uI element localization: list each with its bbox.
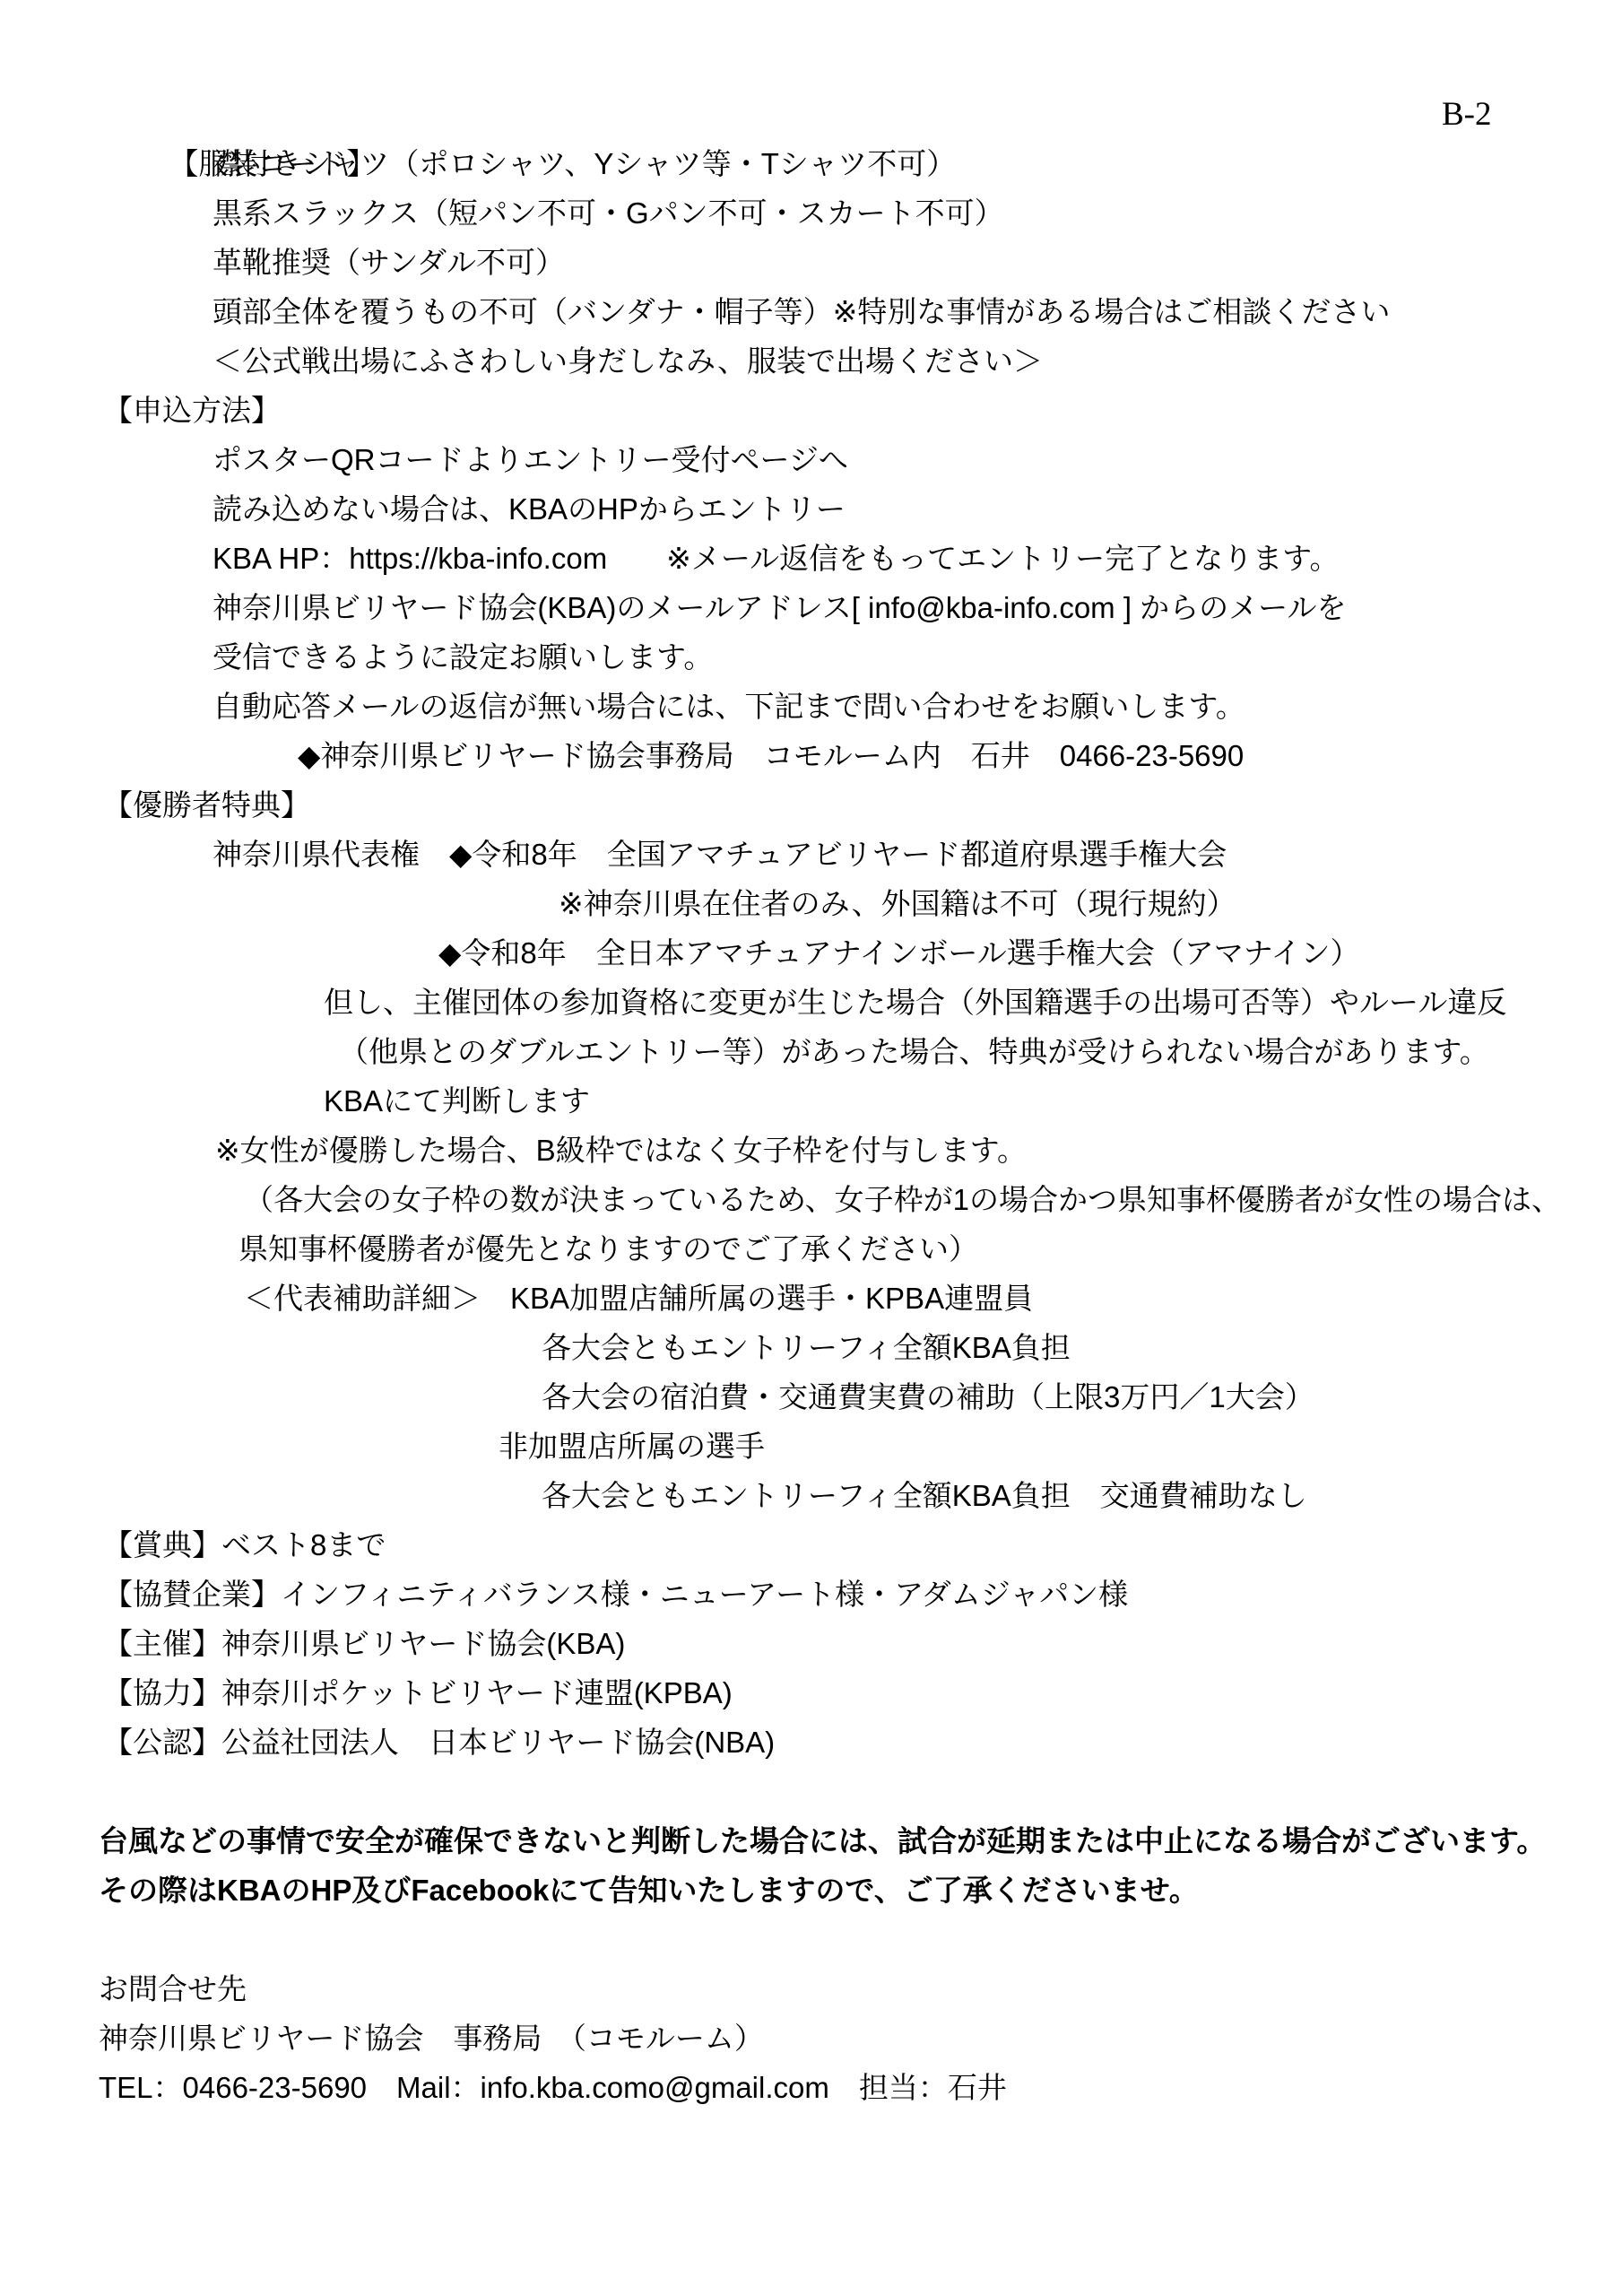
notice-section: 台風などの事情で安全が確保できないと判断した場合には、試合が延期または中止になる…: [0, 1816, 1622, 1915]
dress-code-item: 黒系スラックス（短パン不可・Gパン不可・スカート不可）: [213, 188, 1622, 238]
dress-code-header: 【服装コード】: [169, 139, 376, 188]
application-office-contact: ◆神奈川県ビリヤード協会事務局 コモルーム内 石井 0466-23-5690: [298, 731, 1622, 780]
application-item-url: KBA HP：https://kba-info.com ※メール返信をもってエン…: [213, 534, 1622, 583]
notice-line: 台風などの事情で安全が確保できないと判断した場合には、試合が延期または中止になる…: [99, 1816, 1622, 1865]
contact-title: お問合せ先: [99, 1964, 1622, 2013]
application-item: 読み込めない場合は、KBAのHPからエントリー: [213, 484, 1622, 534]
page-number: B-2: [1442, 90, 1492, 139]
dress-code-item: 頭部全体を覆うもの不可（バンダナ・帽子等）※特別な事情がある場合はご相談ください: [213, 287, 1622, 336]
blank-line: [0, 1767, 1622, 1816]
contact-tel-line: TEL：0466-23-5690 Mail：info.kba.como@gmai…: [99, 2063, 1622, 2112]
winner-benefits-item: 各大会ともエントリーフィ全額KBA負担: [542, 1323, 1622, 1372]
application-header: 【申込方法】: [103, 386, 1622, 435]
application-item: ポスターQRコードよりエントリー受付ページへ: [213, 435, 1622, 484]
dress-code-item: 革靴推奨（サンダル不可）: [213, 238, 1622, 287]
blank-line: [0, 1915, 1622, 1964]
application-section: 【申込方法】 ポスターQRコードよりエントリー受付ページへ 読み込めない場合は、…: [0, 386, 1622, 780]
winner-benefits-header: 【優勝者特典】: [103, 780, 1622, 830]
winner-benefits-item: ＜代表補助詳細＞ KBA加盟店舗所属の選手・KPBA連盟員: [244, 1274, 1622, 1323]
prize-line: 【賞典】ベスト8まで: [103, 1520, 1622, 1570]
sponsor-line: 【協賛企業】インフィニティバランス様・ニューアート様・アダムジャパン様: [103, 1570, 1622, 1619]
document-content: 【服装コード】 B-2 襟付きシャツ（ポロシャツ、Yシャツ等・Tシャツ不可） 黒…: [0, 90, 1622, 2112]
winner-benefits-item: 非加盟店所属の選手: [499, 1422, 1622, 1471]
contact-org-line: 神奈川県ビリヤード協会 事務局 （コモルーム）: [99, 2013, 1622, 2063]
winner-benefits-item: （各大会の女子枠の数が決まっているため、女子枠が1の場合かつ県知事杯優勝者が女性…: [244, 1175, 1622, 1224]
document-page: 【服装コード】 B-2 襟付きシャツ（ポロシャツ、Yシャツ等・Tシャツ不可） 黒…: [0, 0, 1622, 2296]
application-item-email: 神奈川県ビリヤード協会(KBA)のメールアドレス[ info@kba-info.…: [213, 583, 1622, 632]
winner-benefits-item: 各大会ともエントリーフィ全額KBA負担 交通費補助なし: [542, 1471, 1622, 1520]
winner-benefits-item: 神奈川県代表権 ◆令和8年 全国アマチュアビリヤード都道府県選手権大会: [213, 830, 1622, 879]
dress-code-item: ＜公式戦出場にふさわしい身だしなみ、服装で出場ください＞: [213, 336, 1622, 386]
winner-benefits-item: ◆令和8年 全日本アマチュアナインボール選手権大会（アマナイン）: [438, 928, 1622, 978]
accreditation-line: 【公認】公益社団法人 日本ビリヤード協会(NBA): [103, 1718, 1622, 1767]
application-item: 自動応答メールの返信が無い場合には、下記まで問い合わせをお願いします。: [213, 682, 1622, 731]
winner-benefits-item: 各大会の宿泊費・交通費実費の補助（上限3万円／1大会）: [542, 1372, 1622, 1422]
winner-benefits-item: ※神奈川県在住者のみ、外国籍は不可（現行規約）: [559, 879, 1622, 928]
winner-benefits-item: KBAにて判断します: [324, 1076, 1622, 1126]
credits-section: 【賞典】ベスト8まで 【協賛企業】インフィニティバランス様・ニューアート様・アダ…: [0, 1520, 1622, 1767]
application-item: 受信できるように設定お願いします。: [213, 632, 1622, 682]
notice-line: その際はKBAのHP及びFacebookにて告知いたしますので、ご了承くださいま…: [99, 1865, 1622, 1915]
dress-code-section: 【服装コード】 B-2 襟付きシャツ（ポロシャツ、Yシャツ等・Tシャツ不可） 黒…: [0, 90, 1622, 386]
contact-section: お問合せ先 神奈川県ビリヤード協会 事務局 （コモルーム） TEL：0466-2…: [0, 1964, 1622, 2112]
cooperation-line: 【協力】神奈川ポケットビリヤード連盟(KPBA): [103, 1668, 1622, 1718]
dress-code-item: 襟付きシャツ（ポロシャツ、Yシャツ等・Tシャツ不可）: [213, 139, 1622, 188]
winner-benefits-item: 県知事杯優勝者が優先となりますのでご了承ください）: [239, 1224, 1622, 1274]
organizer-line: 【主催】神奈川県ビリヤード協会(KBA): [103, 1619, 1622, 1668]
winner-benefits-item: （他県とのダブルエントリー等）があった場合、特典が受けられない場合があります。: [339, 1027, 1622, 1076]
winner-benefits-item: 但し、主催団体の参加資格に変更が生じた場合（外国籍選手の出場可否等）やルール違反: [324, 978, 1622, 1027]
winner-benefits-section: 【優勝者特典】 神奈川県代表権 ◆令和8年 全国アマチュアビリヤード都道府県選手…: [0, 780, 1622, 1520]
winner-benefits-item: ※女性が優勝した場合、B級枠ではなく女子枠を付与します。: [215, 1126, 1622, 1175]
